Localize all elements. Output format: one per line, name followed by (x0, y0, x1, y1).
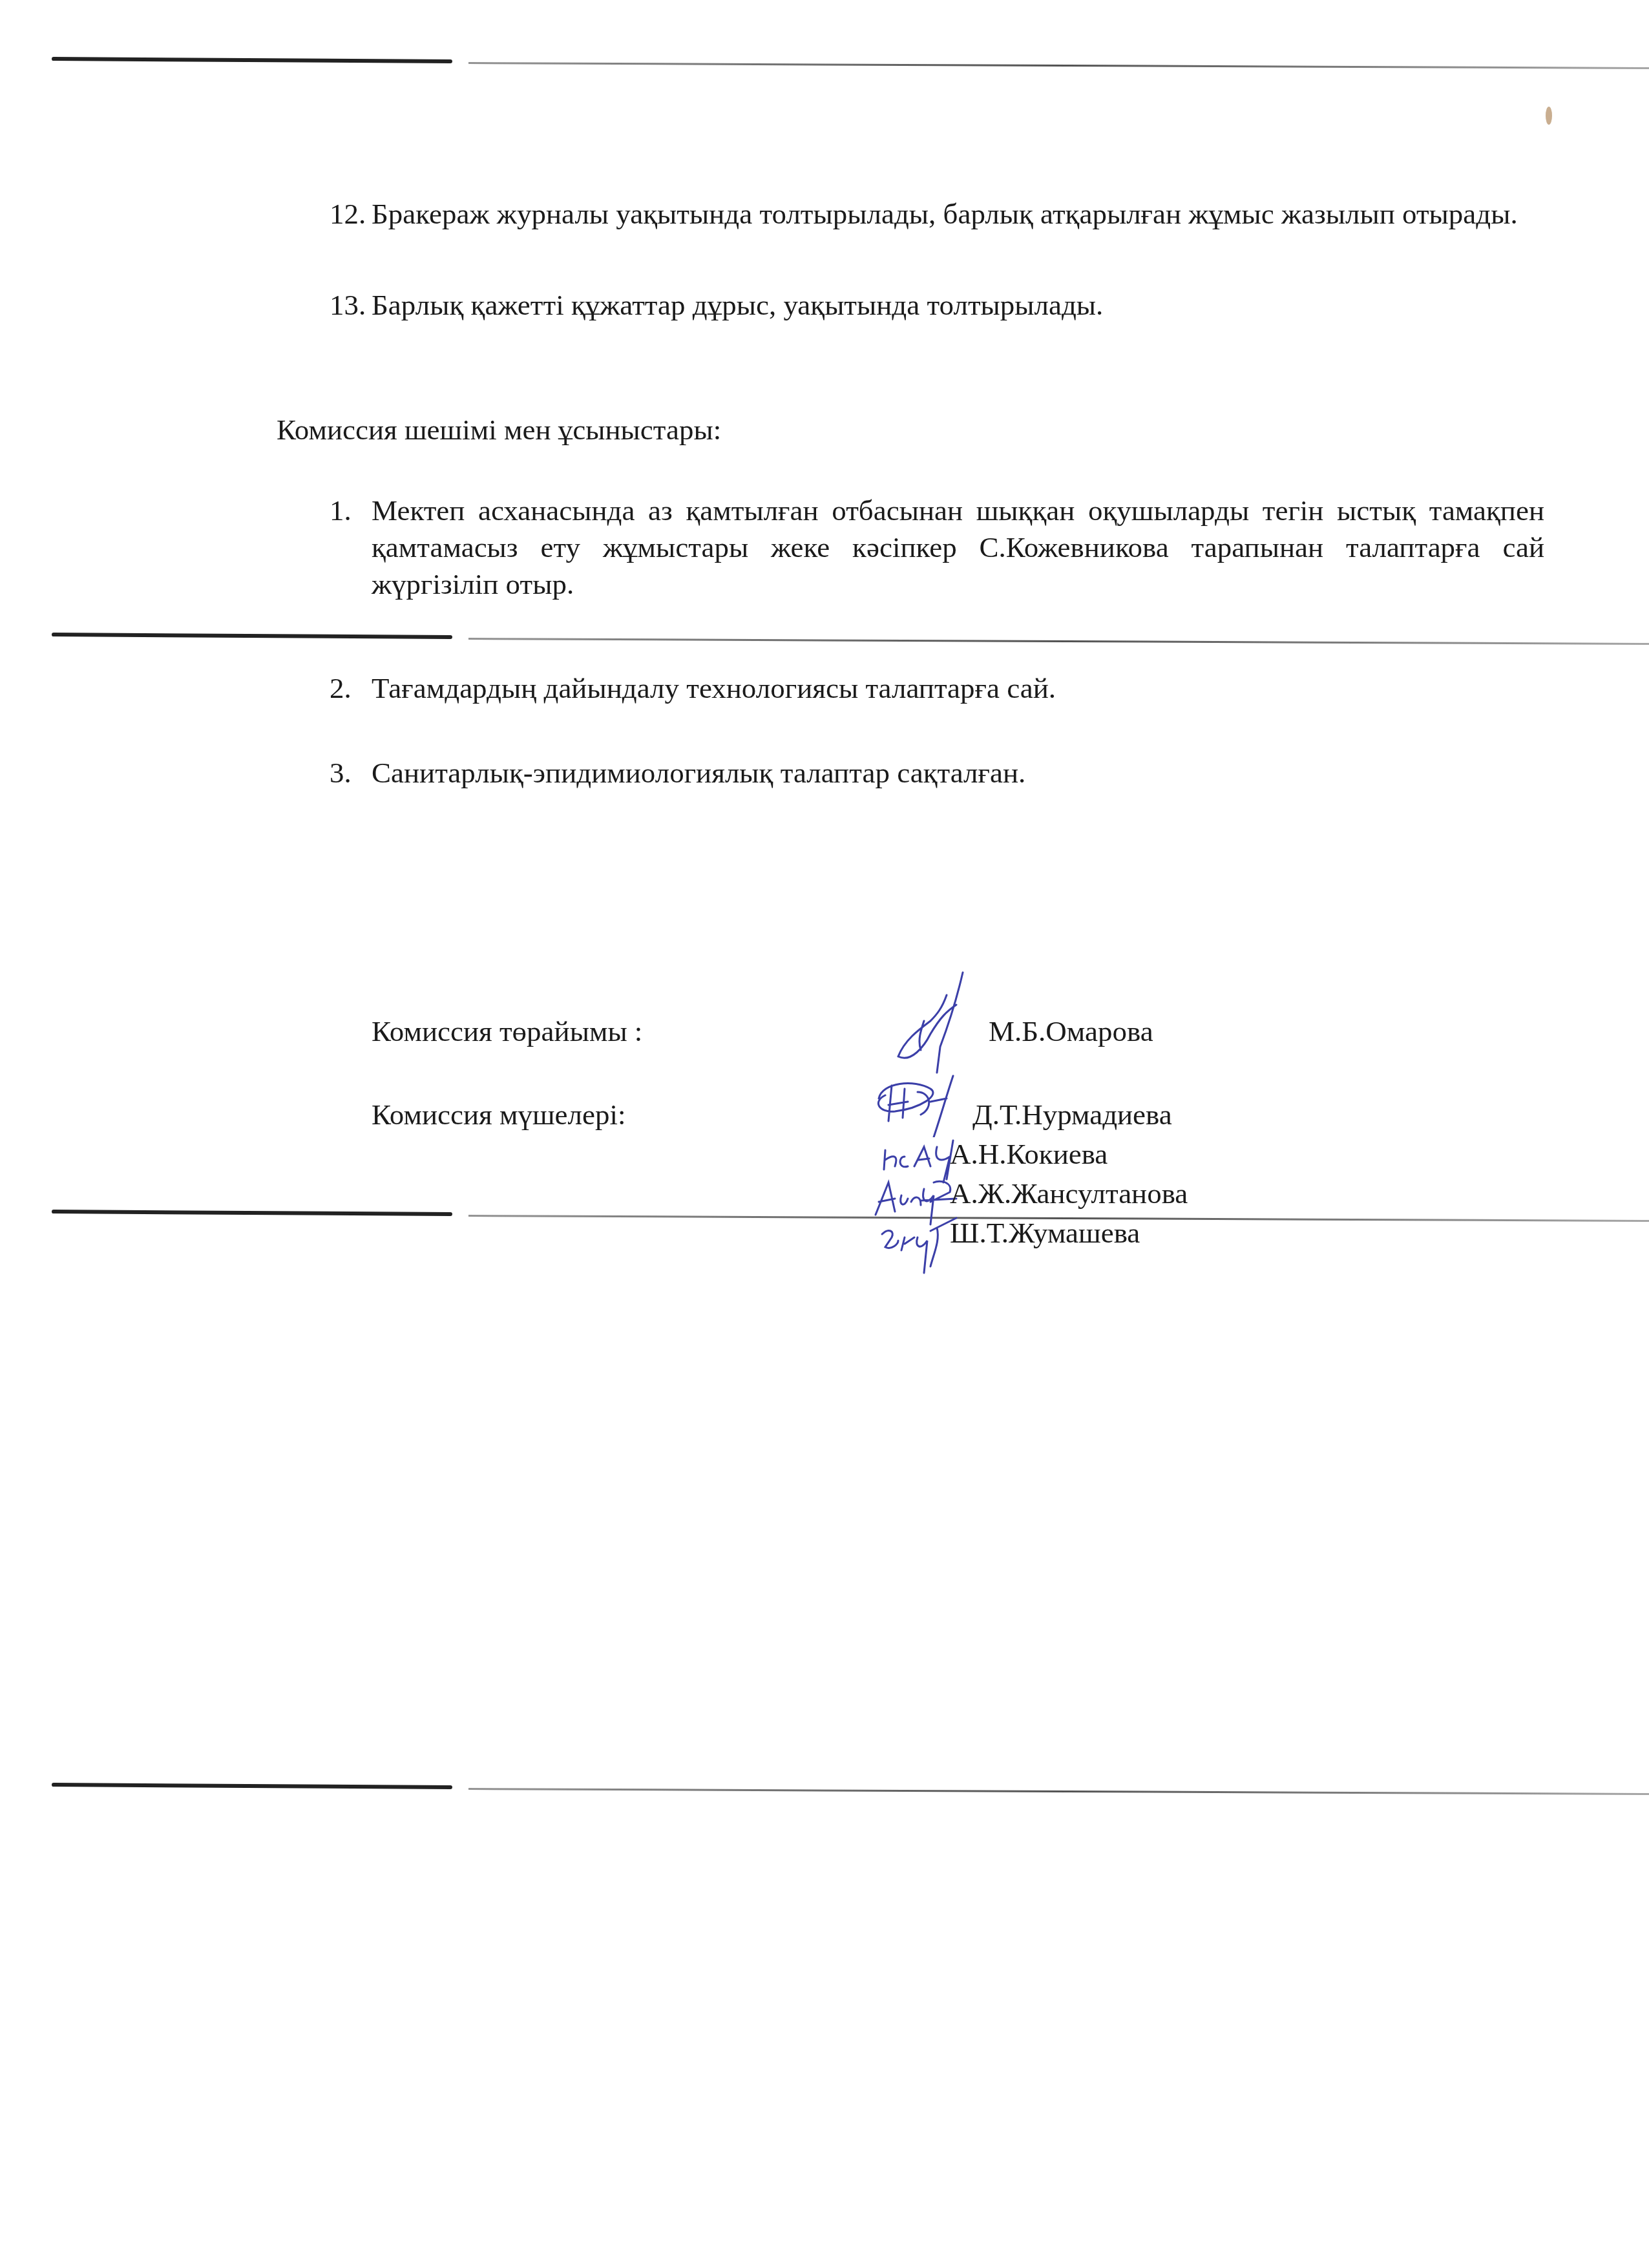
member-signature-icon (869, 1073, 960, 1137)
scan-line-artifact (0, 630, 1649, 647)
scan-line-thin-segment (468, 62, 1649, 69)
scan-line-thick-segment (52, 57, 452, 63)
member-name-2: А.Н.Кокиева (950, 1136, 1108, 1172)
member-name-3: А.Ж.Жансултанова (950, 1175, 1188, 1212)
scan-line-artifact (0, 54, 1649, 71)
list-item-text: Бракераж журналы уақытында толтырылады, … (330, 196, 1544, 233)
scan-line-artifact (0, 1207, 1649, 1224)
list-item-text: Мектеп асханасында аз қамтылған отбасына… (330, 492, 1544, 603)
list-item-13: 13. Барлық қажетті құжаттар дұрыс, уақыт… (330, 287, 1544, 324)
chair-label: Комиссия төрайымы : (372, 1013, 642, 1049)
list-item-12: 12. Бракераж журналы уақытында толтырыла… (330, 196, 1544, 233)
decision-item-2: 2. Тағамдардың дайындалу технологиясы та… (330, 670, 1544, 707)
member-signature-icon (876, 1215, 960, 1276)
list-item-number: 12. (330, 196, 366, 233)
scan-line-artifact (0, 1780, 1649, 1797)
list-item-text: Санитарлық-эпидимиологиялық талаптар сақ… (330, 755, 1544, 792)
list-item-number: 3. (330, 755, 352, 792)
decision-item-3: 3. Санитарлық-эпидимиологиялық талаптар … (330, 755, 1544, 792)
scan-line-thick-segment (52, 1783, 452, 1789)
list-item-text: Барлық қажетті құжаттар дұрыс, уақытында… (330, 287, 1544, 324)
decisions-heading: Комиссия шешімі мен ұсыныстары: (277, 412, 721, 448)
scan-line-thick-segment (52, 1210, 452, 1216)
scan-line-thick-segment (52, 633, 452, 639)
member-name-4: Ш.Т.Жумашева (950, 1215, 1140, 1251)
chair-name: М.Б.Омарова (989, 1013, 1153, 1049)
scan-line-thin-segment (468, 638, 1649, 645)
list-item-number: 1. (330, 492, 352, 529)
list-item-number: 13. (330, 287, 366, 324)
members-label: Комиссия мүшелері: (372, 1097, 626, 1133)
scan-line-thin-segment (468, 1788, 1649, 1795)
chair-signature-icon (885, 969, 982, 1079)
decision-item-1: 1. Мектеп асханасында аз қамтылған отбас… (330, 492, 1544, 603)
paper-stain (1546, 107, 1552, 125)
list-item-number: 2. (330, 670, 352, 707)
member-name-1: Д.Т.Нурмадиева (972, 1097, 1172, 1133)
list-item-text: Тағамдардың дайындалу технологиясы талап… (330, 670, 1544, 707)
